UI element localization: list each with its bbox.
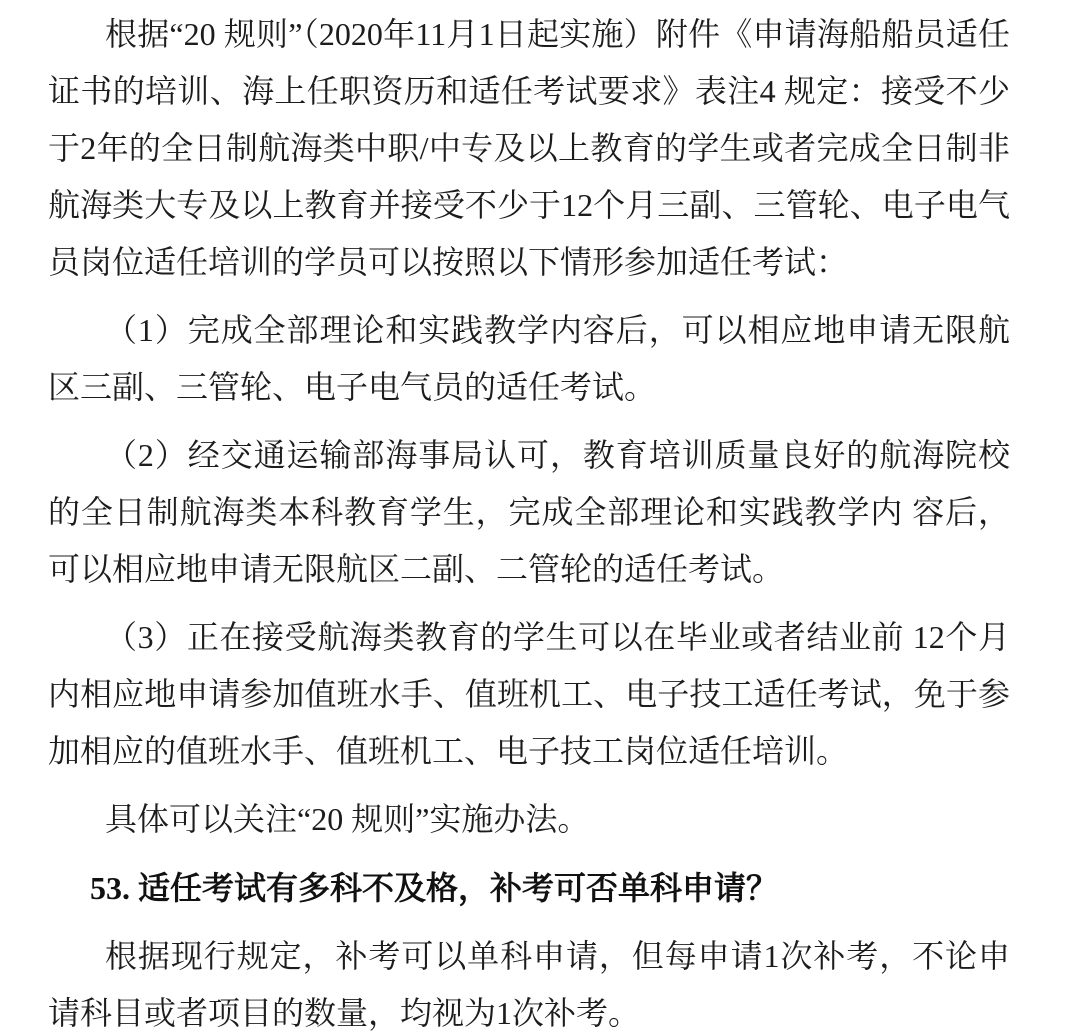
document-page: 根据“20 规则”（2020年11月1日起实施）附件《申请海船船员适任证书的培训… bbox=[0, 0, 1080, 1036]
paragraph-note: 具体可以关注“20 规则”实施办法。 bbox=[48, 791, 1010, 848]
question-53-heading: 53. 适任考试有多科不及格，补考可否单科申请？ bbox=[48, 860, 1010, 917]
paragraph-answer-53: 根据现行规定，补考可以单科申请，但每申请1次补考，不论申请科目或者项目的数量，均… bbox=[48, 928, 1010, 1036]
document-body: 根据“20 规则”（2020年11月1日起实施）附件《申请海船船员适任证书的培训… bbox=[48, 6, 1010, 1036]
paragraph-intro: 根据“20 规则”（2020年11月1日起实施）附件《申请海船船员适任证书的培训… bbox=[48, 6, 1010, 291]
list-item-2: （2）经交通运输部海事局认可，教育培训质量良好的航海院校的全日制航海类本科教育学… bbox=[48, 427, 1010, 598]
list-item-3: （3）正在接受航海类教育的学生可以在毕业或者结业前 12个月内相应地申请参加值班… bbox=[48, 609, 1010, 780]
list-item-1: （1）完成全部理论和实践教学内容后，可以相应地申请无限航区三副、三管轮、电子电气… bbox=[48, 302, 1010, 416]
